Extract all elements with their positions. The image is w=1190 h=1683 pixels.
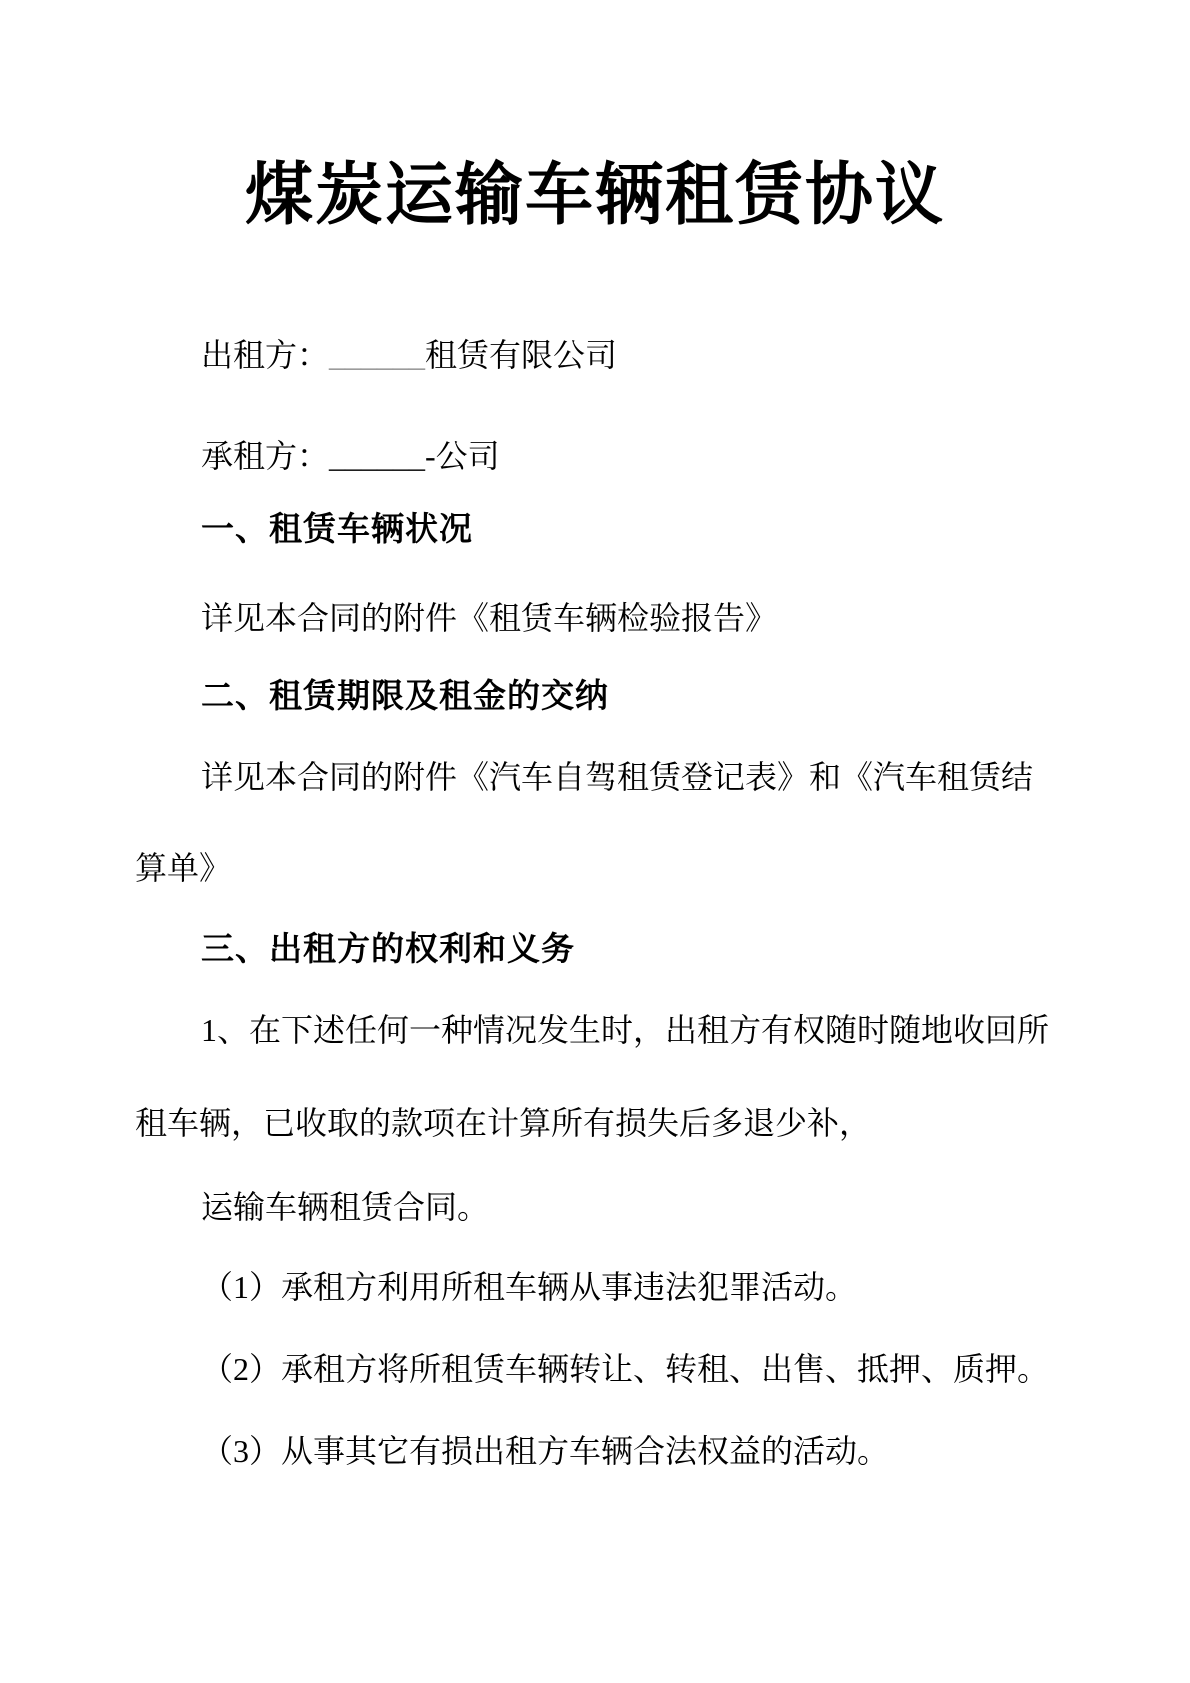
party-line-lessor: 出租方：______租赁有限公司 bbox=[201, 335, 617, 377]
document-title: 煤炭运输车辆租赁协议 bbox=[0, 152, 1190, 240]
lessee-fill-in-blank: ______ bbox=[329, 438, 425, 474]
clause-1-line-2: 租车辆，已收取的款项在计算所有损失后多退少补， bbox=[135, 1103, 871, 1145]
clause-1-line-3: 运输车辆租赁合同。 bbox=[201, 1187, 489, 1229]
lessor-label: 出租方： bbox=[201, 337, 329, 373]
contract-document-page: 煤炭运输车辆租赁协议 出租方：______租赁有限公司 承租方：______-公… bbox=[0, 0, 1190, 1683]
lessee-company-suffix: -公司 bbox=[425, 438, 500, 474]
subclause-3-line: （3）从事其它有损出租方车辆合法权益的活动。 bbox=[201, 1431, 889, 1473]
lessee-label: 承租方： bbox=[201, 438, 329, 474]
section-heading-1: 一、租赁车辆状况 bbox=[201, 508, 473, 551]
section-heading-3: 三、出租方的权利和义务 bbox=[201, 928, 575, 971]
subclause-2-line: （2）承租方将所租赁车辆转让、转租、出售、抵押、质押。 bbox=[201, 1349, 1049, 1391]
section-heading-2: 二、租赁期限及租金的交纳 bbox=[201, 675, 609, 718]
section-2-body-line-1: 详见本合同的附件《汽车自驾租赁登记表》和《汽车租赁结 bbox=[201, 757, 1033, 799]
subclause-1-line: （1）承租方利用所租车辆从事违法犯罪活动。 bbox=[201, 1267, 857, 1309]
section-1-body-line: 详见本合同的附件《租赁车辆检验报告》 bbox=[201, 598, 777, 640]
section-2-body-line-2: 算单》 bbox=[135, 848, 231, 890]
lessor-fill-in-blank: ______ bbox=[329, 337, 425, 373]
lessor-company-suffix: 租赁有限公司 bbox=[425, 337, 617, 373]
party-line-lessee: 承租方：______-公司 bbox=[201, 436, 500, 478]
clause-1-line-1: 1、在下述任何一种情况发生时，出租方有权随时随地收回所 bbox=[201, 1010, 1049, 1052]
